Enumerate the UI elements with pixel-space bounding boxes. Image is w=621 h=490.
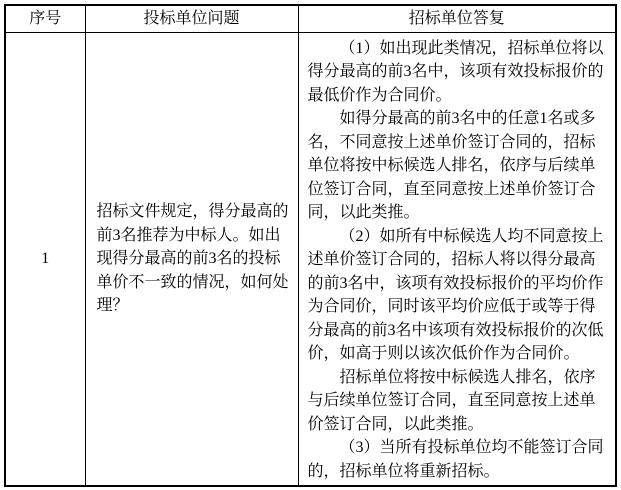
table-header-row: 序号 投标单位问题 招标单位答复 (5, 5, 616, 33)
header-serial-number: 序号 (5, 5, 85, 33)
question-cell: 招标文件规定，得分最高的前3名推荐为中标人。如出现得分最高的前3名的投标单价不一… (85, 33, 298, 487)
reply-paragraph: （2）如所有中标候选人均不同意按上述单价签订合同的，招标人将以得分最高的前3名中… (308, 225, 608, 366)
reply-text: （1）如出现此类情况，招标单位将以得分最高的前3名中，该项有效投标报价的最低价作… (299, 35, 616, 484)
header-bidder-question: 投标单位问题 (85, 5, 298, 33)
reply-paragraph: 招标单位将按中标候选人排名，依序与后续单位签订合同，直至同意按上述单价签订合同，… (308, 366, 608, 437)
table-row: 1 招标文件规定，得分最高的前3名推荐为中标人。如出现得分最高的前3名的投标单价… (5, 33, 616, 487)
serial-number-cell: 1 (5, 33, 85, 487)
question-text: 招标文件规定，得分最高的前3名推荐为中标人。如出现得分最高的前3名的投标单价不一… (86, 200, 298, 318)
reply-paragraph: 如得分最高的前3名中的任意1名或多名，不同意按上述单价签订合同的，招标单位将按中… (308, 107, 608, 225)
document-page: 序号 投标单位问题 招标单位答复 1 招标文件规定，得分最高的前3名推荐为中标人… (0, 0, 621, 490)
reply-paragraph: （1）如出现此类情况，招标单位将以得分最高的前3名中，该项有效投标报价的最低价作… (308, 37, 608, 108)
reply-cell: （1）如出现此类情况，招标单位将以得分最高的前3名中，该项有效投标报价的最低价作… (298, 33, 616, 487)
header-tenderer-reply: 招标单位答复 (298, 5, 616, 33)
reply-paragraph: （3）当所有投标单位均不能签订合同的，招标单位将重新招标。 (308, 436, 608, 483)
qa-table: 序号 投标单位问题 招标单位答复 1 招标文件规定，得分最高的前3名推荐为中标人… (4, 4, 617, 487)
